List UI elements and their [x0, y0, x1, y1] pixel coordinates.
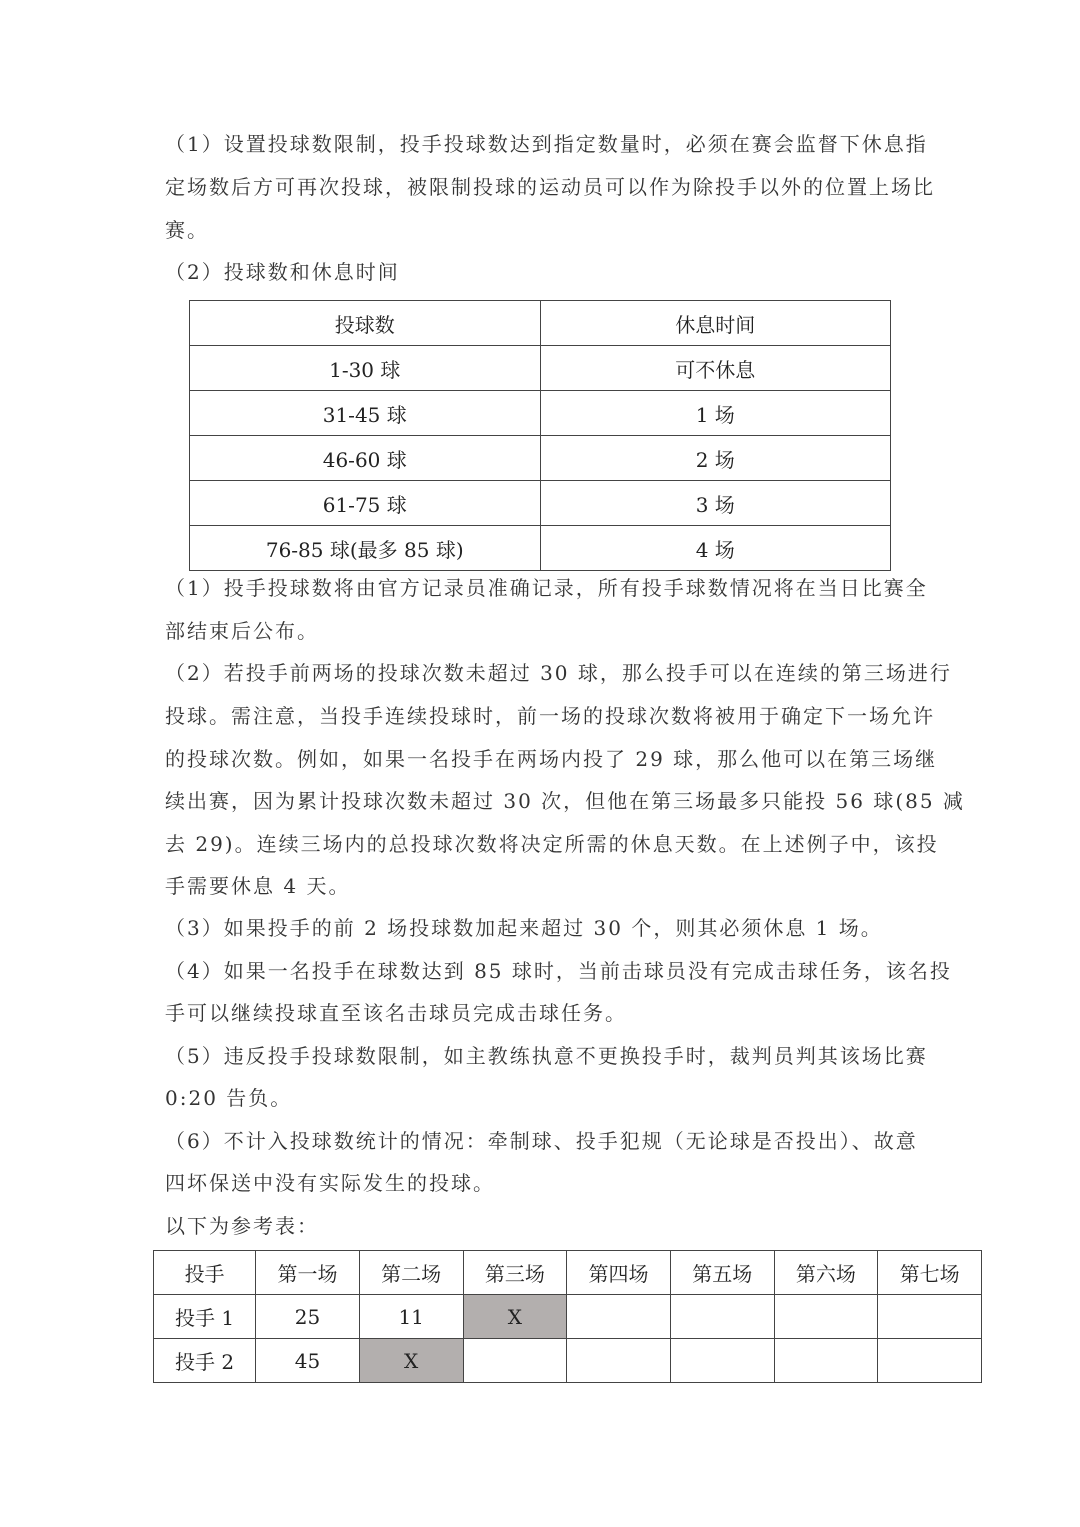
table-cell [774, 1339, 878, 1383]
header-cell: 休息时间 [540, 301, 891, 346]
text-line: （4）如果一名投手在球数达到 85 球时，当前击球员没有完成击球任务，该名投 [165, 957, 917, 985]
table-cell: 3 场 [540, 481, 891, 526]
table-cell [567, 1339, 671, 1383]
table-cell: 可不休息 [540, 346, 891, 391]
table-cell [567, 1295, 671, 1339]
table-row: 61-75 球 3 场 [190, 481, 891, 526]
table-row: 46-60 球 2 场 [190, 436, 891, 481]
table-cell: 31-45 球 [190, 391, 541, 436]
table-cell [878, 1295, 982, 1339]
reference-pitch-table: 投手 第一场 第二场 第三场 第四场 第五场 第六场 第七场 投手 1 25 1… [153, 1250, 982, 1383]
rest-marker-cell: X [463, 1295, 567, 1339]
table-cell: 1-30 球 [190, 346, 541, 391]
table-cell: 76-85 球(最多 85 球) [190, 526, 541, 571]
table-cell: 投手 1 [154, 1295, 256, 1339]
table-row: 76-85 球(最多 85 球) 4 场 [190, 526, 891, 571]
table-cell [670, 1295, 774, 1339]
text-line: （5）违反投手投球数限制，如主教练执意不更换投手时，裁判员判其该场比赛 [165, 1042, 917, 1070]
text-line: （6）不计入投球数统计的情况：牵制球、投手犯规（无论球是否投出）、故意 [165, 1127, 917, 1155]
table-row: 1-30 球 可不休息 [190, 346, 891, 391]
pitch-count-rest-table: 投球数 休息时间 1-30 球 可不休息 31-45 球 1 场 46-60 球… [189, 300, 891, 571]
table-row: 31-45 球 1 场 [190, 391, 891, 436]
text-line: 的投球次数。例如，如果一名投手在两场内投了 29 球，那么他可以在第三场继 [165, 745, 917, 773]
table-cell [670, 1339, 774, 1383]
text-line: 手可以继续投球直至该名击球员完成击球任务。 [165, 999, 917, 1027]
text-line: （2）若投手前两场的投球次数未超过 30 球，那么投手可以在连续的第三场进行 [165, 659, 917, 687]
text-line: 赛。 [165, 216, 917, 244]
text-line: 部结束后公布。 [165, 617, 917, 645]
header-cell: 第五场 [670, 1251, 774, 1295]
table-cell: 投手 2 [154, 1339, 256, 1383]
header-cell: 第二场 [359, 1251, 463, 1295]
text-line: 四坏保送中没有实际发生的投球。 [165, 1169, 917, 1197]
text-line: 0:20 告负。 [165, 1084, 917, 1112]
table-cell [878, 1339, 982, 1383]
text-line: 续出赛，因为累计投球次数未超过 30 次，但他在第三场最多只能投 56 球(85… [165, 787, 917, 815]
text-line: （3）如果投手的前 2 场投球数加起来超过 30 个，则其必须休息 1 场。 [165, 914, 917, 942]
table-cell [463, 1339, 567, 1383]
text-line: （1）设置投球数限制，投手投球数达到指定数量时，必须在赛会监督下休息指 [165, 130, 917, 158]
header-cell: 投手 [154, 1251, 256, 1295]
reference-table-caption: 以下为参考表： [165, 1212, 917, 1240]
table-cell: 61-75 球 [190, 481, 541, 526]
header-cell: 第六场 [774, 1251, 878, 1295]
table-row: 投手 2 45 X [154, 1339, 982, 1383]
header-cell: 投球数 [190, 301, 541, 346]
text-line: （1）投手投球数将由官方记录员准确记录，所有投手球数情况将在当日比赛全 [165, 574, 917, 602]
text-line: 投球。需注意，当投手连续投球时，前一场的投球次数将被用于确定下一场允许 [165, 702, 917, 730]
table-cell: 4 场 [540, 526, 891, 571]
table-cell: 45 [256, 1339, 360, 1383]
table-cell: 25 [256, 1295, 360, 1339]
text-line: 去 29)。连续三场内的总投球次数将决定所需的休息天数。在上述例子中，该投 [165, 830, 917, 858]
header-cell: 第四场 [567, 1251, 671, 1295]
table-cell: 1 场 [540, 391, 891, 436]
table-header-row: 投球数 休息时间 [190, 301, 891, 346]
header-cell: 第七场 [878, 1251, 982, 1295]
header-cell: 第三场 [463, 1251, 567, 1295]
table-cell: 2 场 [540, 436, 891, 481]
text-line: 定场数后方可再次投球，被限制投球的运动员可以作为除投手以外的位置上场比 [165, 173, 917, 201]
header-cell: 第一场 [256, 1251, 360, 1295]
section-title-pitch-rest: （2）投球数和休息时间 [165, 258, 917, 286]
table-cell: 46-60 球 [190, 436, 541, 481]
text-line: 手需要休息 4 天。 [165, 872, 917, 900]
table-header-row: 投手 第一场 第二场 第三场 第四场 第五场 第六场 第七场 [154, 1251, 982, 1295]
table-row: 投手 1 25 11 X [154, 1295, 982, 1339]
table-cell [774, 1295, 878, 1339]
table-cell: 11 [359, 1295, 463, 1339]
rest-marker-cell: X [359, 1339, 463, 1383]
